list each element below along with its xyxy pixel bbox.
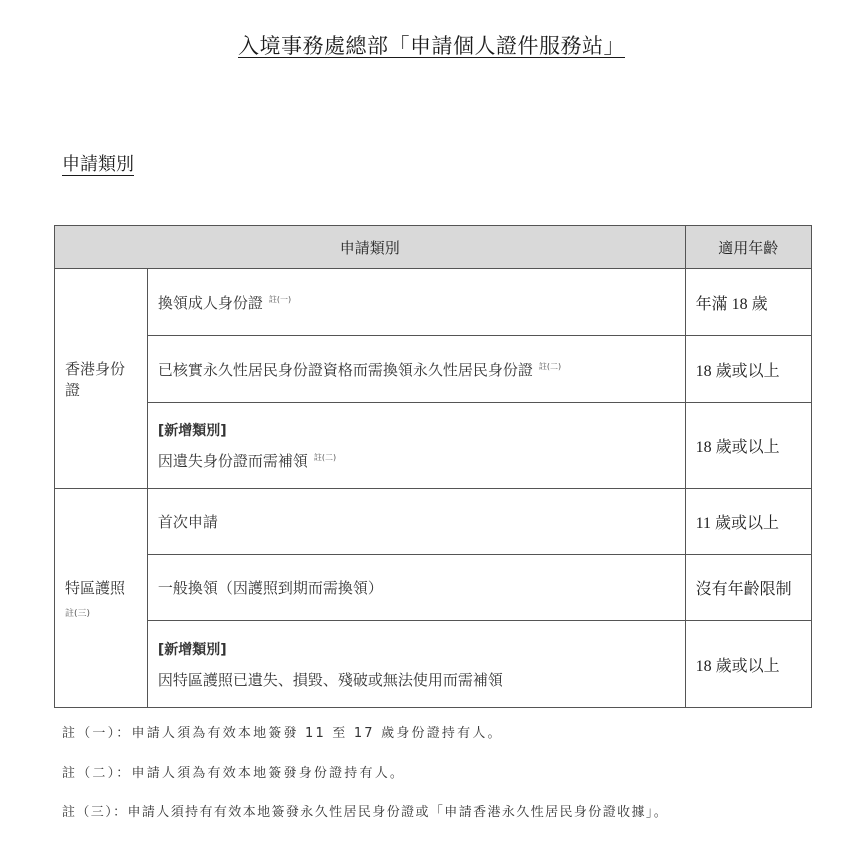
footnote-3: 註（三）：申請人須持有有效本地簽發永久性居民身份證或「申請香港永久性居民身份證收… <box>62 801 668 820</box>
table-row: 一般換領（因護照到期而需換領） 沒有年齡限制 <box>55 555 812 621</box>
footnote-1: 註（一）：申請人須為有效本地簽發 11 至 17 歲身份證持有人。 <box>62 722 503 741</box>
age-cell: 11 歲或以上 <box>685 489 811 555</box>
age-cell: 沒有年齡限制 <box>685 555 811 621</box>
table-row: 特區護照 註(三) 首次申請 11 歲或以上 <box>55 489 812 555</box>
table-row: [新增類別] 因遺失身份證而需補領註(二) 18 歲或以上 <box>55 403 812 489</box>
category-cell: [新增類別] 因遺失身份證而需補領註(二) <box>147 403 685 489</box>
group-cell-passport: 特區護照 註(三) <box>55 489 148 708</box>
section-heading: 申請類別 <box>62 150 134 176</box>
category-text: 一般換領（因護照到期而需換領） <box>158 579 383 597</box>
note-ref: 註(二) <box>539 362 561 371</box>
footnote-2: 註（二）：申請人須為有效本地簽發身份證持有人。 <box>62 762 405 781</box>
age-cell: 18 歲或以上 <box>685 336 811 403</box>
group-cell-hkid: 香港身份證 <box>55 269 148 489</box>
age-cell: 年滿 18 歲 <box>685 269 811 336</box>
category-text: 換領成人身份證 <box>158 294 263 312</box>
note-ref: 註(一) <box>269 295 291 304</box>
category-text: 已核實永久性居民身份證資格而需換領永久性居民身份證 <box>158 361 533 379</box>
group-label: 特區護照 <box>65 579 125 597</box>
table-row: 香港身份證 換領成人身份證註(一) 年滿 18 歲 <box>55 269 812 336</box>
category-cell: 一般換領（因護照到期而需換領） <box>147 555 685 621</box>
table-row: 已核實永久性居民身份證資格而需換領永久性居民身份證註(二) 18 歲或以上 <box>55 336 812 403</box>
category-text: 因遺失身份證而需補領 <box>158 452 308 470</box>
category-cell: 換領成人身份證註(一) <box>147 269 685 336</box>
category-text: 首次申請 <box>158 513 218 531</box>
category-cell: [新增類別] 因特區護照已遺失、損毀、殘破或無法使用而需補領 <box>147 621 685 708</box>
category-cell: 首次申請 <box>147 489 685 555</box>
age-cell: 18 歲或以上 <box>685 403 811 489</box>
document-title: 入境事務處總部「申請個人證件服務站」 <box>0 30 863 60</box>
note-ref: 註(二) <box>314 453 336 462</box>
header-age: 適用年齡 <box>685 226 811 269</box>
application-category-table: 申請類別 適用年齡 香港身份證 換領成人身份證註(一) 年滿 18 歲 已核實永… <box>54 225 812 708</box>
new-category-tag: [新增類別] <box>158 639 675 659</box>
document-title-text: 入境事務處總部「申請個人證件服務站」 <box>238 34 625 58</box>
header-category: 申請類別 <box>55 226 686 269</box>
table-header-row: 申請類別 適用年齡 <box>55 226 812 269</box>
age-cell: 18 歲或以上 <box>685 621 811 708</box>
new-category-tag: [新增類別] <box>158 420 675 440</box>
table-row: [新增類別] 因特區護照已遺失、損毀、殘破或無法使用而需補領 18 歲或以上 <box>55 621 812 708</box>
group-label: 香港身份證 <box>65 360 125 399</box>
category-text: 因特區護照已遺失、損毀、殘破或無法使用而需補領 <box>158 671 503 689</box>
group-note-ref: 註(三) <box>65 606 137 619</box>
category-cell: 已核實永久性居民身份證資格而需換領永久性居民身份證註(二) <box>147 336 685 403</box>
